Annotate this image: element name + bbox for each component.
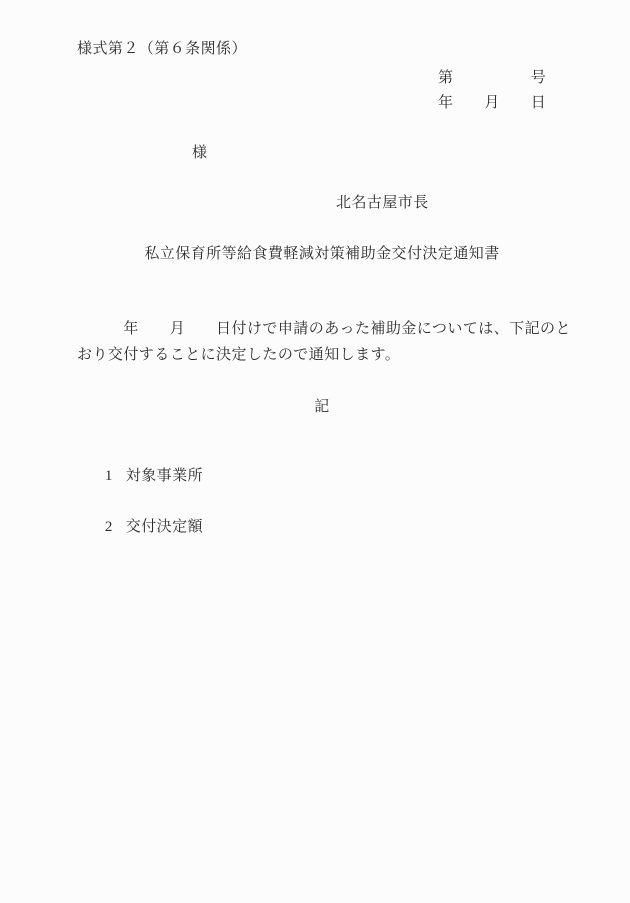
date-blank: 年 月 日 [438, 94, 546, 113]
list-item-1-label: 対象事業所 [126, 468, 203, 484]
document-page: 様式第２（第６条関係） 第 号 年 月 日 様 北名古屋市長 私立保育所等給食費… [0, 0, 630, 903]
addressee-honorific: 様 [192, 144, 207, 163]
body-paragraph-line-2: おり交付することに決定したので通知します。 [77, 346, 400, 365]
list-marker-ki: 記 [77, 398, 567, 417]
sender-name: 北名古屋市長 [336, 194, 429, 213]
list-item-2-label: 交付決定額 [126, 519, 203, 535]
list-item-2: 2交付決定額 [88, 499, 203, 555]
document-number-blank: 第 号 [438, 69, 546, 88]
body-paragraph-line-1: 年 月 日付けで申請のあった補助金については、下記のと [77, 320, 571, 339]
list-item-1: 1対象事業所 [88, 448, 203, 504]
form-number-label: 様式第２（第６条関係） [77, 40, 247, 59]
list-item-1-number: 1 [105, 468, 113, 484]
list-item-2-number: 2 [105, 519, 113, 535]
document-title: 私立保育所等給食費軽減対策補助金交付決定通知書 [77, 245, 567, 264]
